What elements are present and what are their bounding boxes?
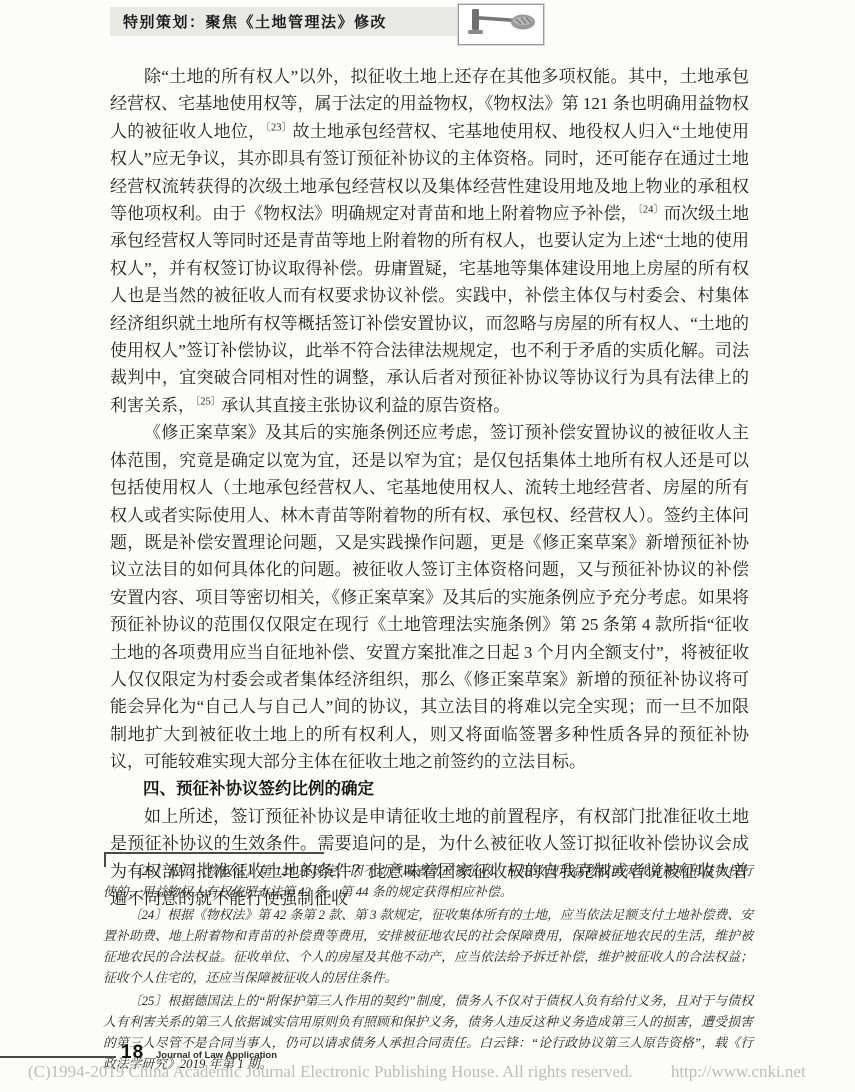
section-banner-title: 特别策划：聚焦《土地管理法》修改 [123,11,387,32]
footnote-23: 〔23〕根据《物权法》第 121 条规定，因不动产或者动产被征收、征用致使用益物… [103,861,753,903]
copyright-text: (C)1994-2019 China Academic Journal Elec… [28,1062,633,1081]
footnote-ref-25: 〔25〕 [195,396,221,407]
section-banner: 特别策划：聚焦《土地管理法》修改 [110,7,458,36]
journal-name: Journal of Law Application [156,1050,277,1061]
cnki-url: http://www.cnki.net [671,1062,806,1081]
page-number: 18 [121,1042,144,1064]
section-heading: 四、预征补协议签约比例的确定 [110,776,749,803]
gavel-icon-box [458,4,544,45]
paragraph-1-text: 而次级土地承包经营权人等同时还是青苗等地上附着物的所有权人，也要认定为上述“土地… [110,204,749,415]
footnote-24: 〔24〕根据《物权法》第 42 条第 2 款、第 3 款规定，征收集体所有的土地… [103,905,753,989]
copyright-line: (C)1994-2019 China Academic Journal Elec… [28,1062,828,1082]
paragraph-1-text: 承认其直接主张协议利益的原告资格。 [221,396,510,415]
article-body: 除“土地的所有权人”以外，拟征收土地上还存在其他多项权能。其中，土地承包经营权、… [110,63,749,913]
journal-page: 特别策划：聚焦《土地管理法》修改 除“土地的所有权人”以外，拟征收土地上还存在其… [0,0,855,1092]
gavel-icon [465,7,537,42]
footnotes: 〔23〕根据《物权法》第 121 条规定，因不动产或者动产被征收、征用致使用益物… [103,861,753,1077]
paragraph-2: 《修正案草案》及其后的实施条例还应考虑，签订预补偿安置协议的被征收人主体范围，究… [110,419,749,775]
footer-rule [0,1056,116,1058]
footnote-ref-24: 〔24〕 [638,204,664,215]
paragraph-1: 除“土地的所有权人”以外，拟征收土地上还存在其他多项权能。其中，土地承包经营权、… [110,63,749,419]
footnote-ref-23: 〔23〕 [265,122,292,133]
